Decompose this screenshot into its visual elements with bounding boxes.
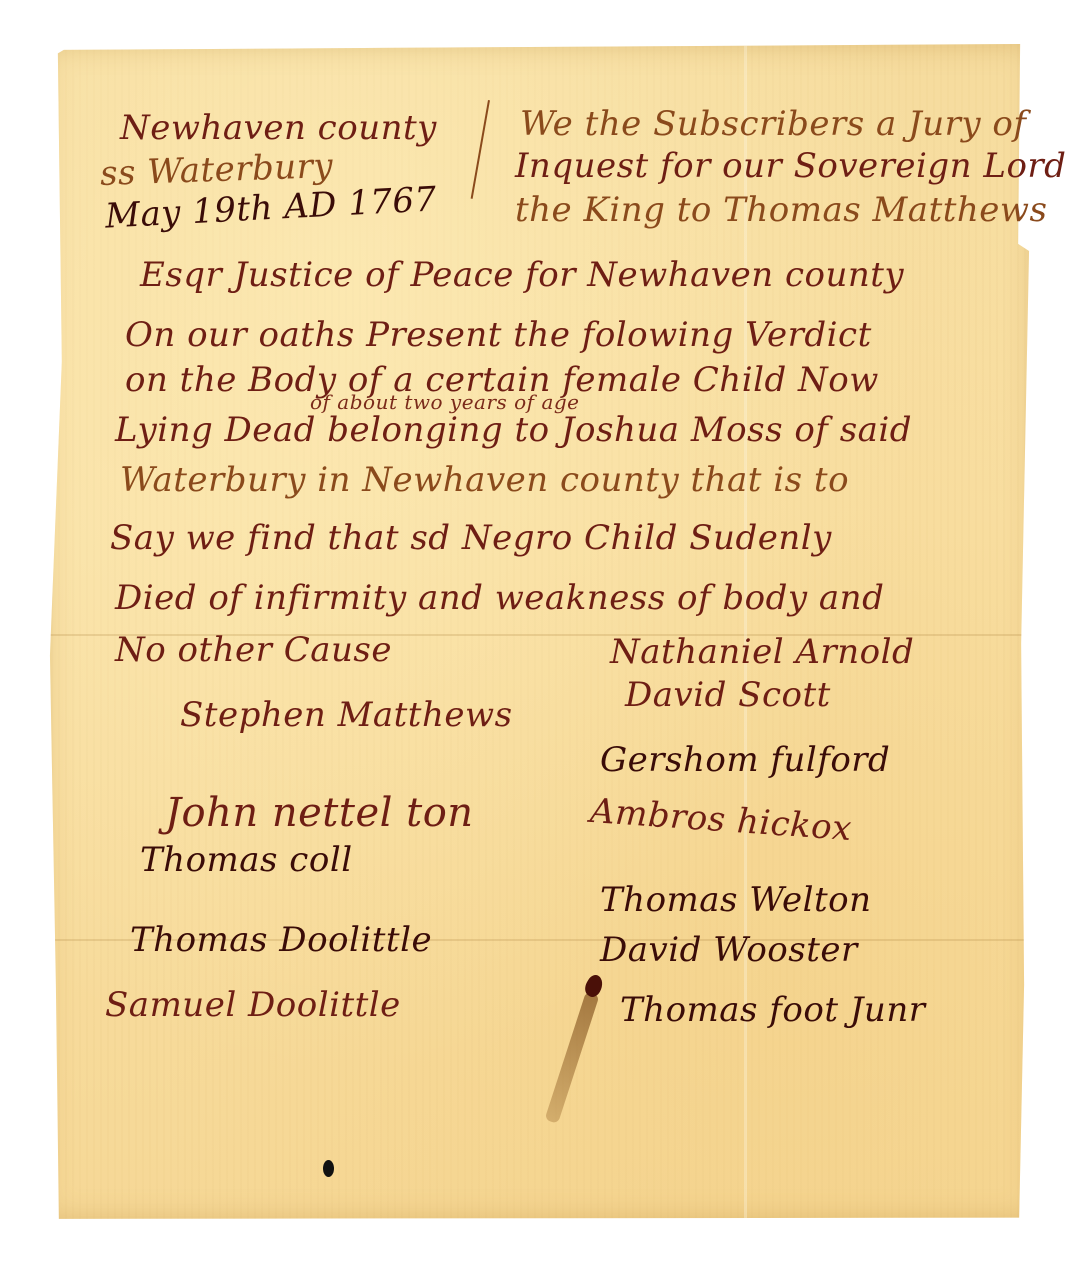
signature-right-6: David Wooster (600, 930, 858, 970)
signature-left-1: Stephen Matthews (180, 695, 513, 735)
signature-right-5: Thomas Welton (600, 880, 872, 920)
body-line-10: Died of infirmity and weakness of body a… (115, 578, 884, 618)
ink-dot (323, 1160, 334, 1177)
signature-right-7: Thomas foot Junr (620, 990, 925, 1030)
body-line-3: the King to Thomas Matthews (515, 190, 1047, 230)
body-line-5: On our oaths Present the folowing Verdic… (125, 315, 872, 355)
body-line-11: No other Cause (115, 630, 392, 670)
body-line-4: Esqr Justice of Peace for Newhaven count… (140, 255, 904, 295)
signature-right-3: Gershom fulford (600, 740, 890, 780)
signature-left-2: John nettel ton (165, 790, 474, 836)
signature-right-2: David Scott (625, 675, 831, 715)
header-county: Newhaven county (120, 108, 437, 148)
signature-left-3: Thomas coll (140, 840, 353, 880)
body-line-8: Waterbury in Newhaven county that is to (120, 460, 849, 500)
body-line-9: Say we find that sd Negro Child Sudenly (110, 518, 832, 558)
body-line-1: We the Subscribers a Jury of (520, 104, 1027, 144)
signature-right-1: Nathaniel Arnold (610, 632, 914, 672)
body-line-7: Lying Dead belonging to Joshua Moss of s… (115, 410, 912, 450)
signature-left-4: Thomas Doolittle (130, 920, 432, 960)
body-line-2: Inquest for our Sovereign Lord (515, 146, 1066, 186)
signature-left-5: Samuel Doolittle (105, 985, 401, 1025)
